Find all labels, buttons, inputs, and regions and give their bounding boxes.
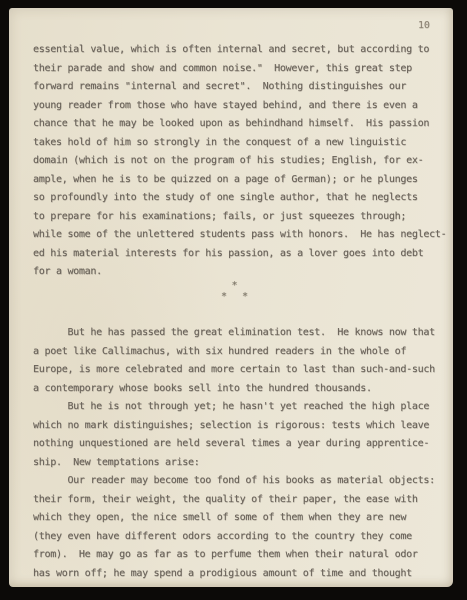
paragraph-block-continued: essential value, which is often internal…	[33, 41, 445, 282]
page-number: 10	[418, 20, 430, 31]
scanned-document: { "page": { "number": "10", "separator":…	[0, 0, 467, 600]
asterisk-row-bottom: * *	[33, 292, 437, 303]
text-line: a contemporary whose books sell into the…	[33, 380, 445, 399]
text-line: their parade and show and common noise."…	[33, 60, 445, 79]
text-line: Our reader may become too fond of his bo…	[33, 472, 445, 491]
text-line: But he has passed the great elimination …	[33, 324, 445, 343]
text-line: essential value, which is often internal…	[33, 41, 445, 60]
text-line: ed his material interests for his passio…	[33, 245, 445, 264]
asterisk-row-top: *	[33, 281, 437, 292]
text-line: But he is not through yet; he hasn't yet…	[33, 398, 445, 417]
text-line: for a woman.	[33, 263, 445, 282]
text-line: to prepare for his examinations; fails, …	[33, 208, 445, 227]
text-line: chance that he may be looked upon as beh…	[33, 115, 445, 134]
paragraph-block-main: But he has passed the great elimination …	[33, 324, 445, 583]
text-line: young reader from those who have stayed …	[33, 97, 445, 116]
text-line: which no mark distinguishes; selection i…	[33, 417, 445, 436]
text-line: a poet like Callimachus, with six hundre…	[33, 343, 445, 362]
text-line: ship. New temptations arise:	[33, 454, 445, 473]
text-line: so profoundly into the study of one sing…	[33, 189, 445, 208]
asterisk-separator: * * *	[33, 281, 437, 302]
text-line: which they open, the nice smell of some …	[33, 509, 445, 528]
text-line: their form, their weight, the quality of…	[33, 491, 445, 510]
text-line: ample, when he is to be quizzed on a pag…	[33, 171, 445, 190]
typewritten-page: 10 essential value, which is often inter…	[9, 8, 453, 587]
text-line: forward remains "internal and secret". N…	[33, 78, 445, 97]
text-line: nothing unquestioned are held several ti…	[33, 435, 445, 454]
text-line: while some of the unlettered students pa…	[33, 226, 445, 245]
text-line: (they even have different odors accordin…	[33, 528, 445, 547]
text-line: takes hold of him so strongly in the con…	[33, 134, 445, 153]
text-line: domain (which is not on the program of h…	[33, 152, 445, 171]
text-line: has worn off; he may spend a prodigious …	[33, 565, 445, 584]
text-line: Europe, is more celebrated and more cert…	[33, 361, 445, 380]
text-line: from). He may go as far as to perfume th…	[33, 546, 445, 565]
